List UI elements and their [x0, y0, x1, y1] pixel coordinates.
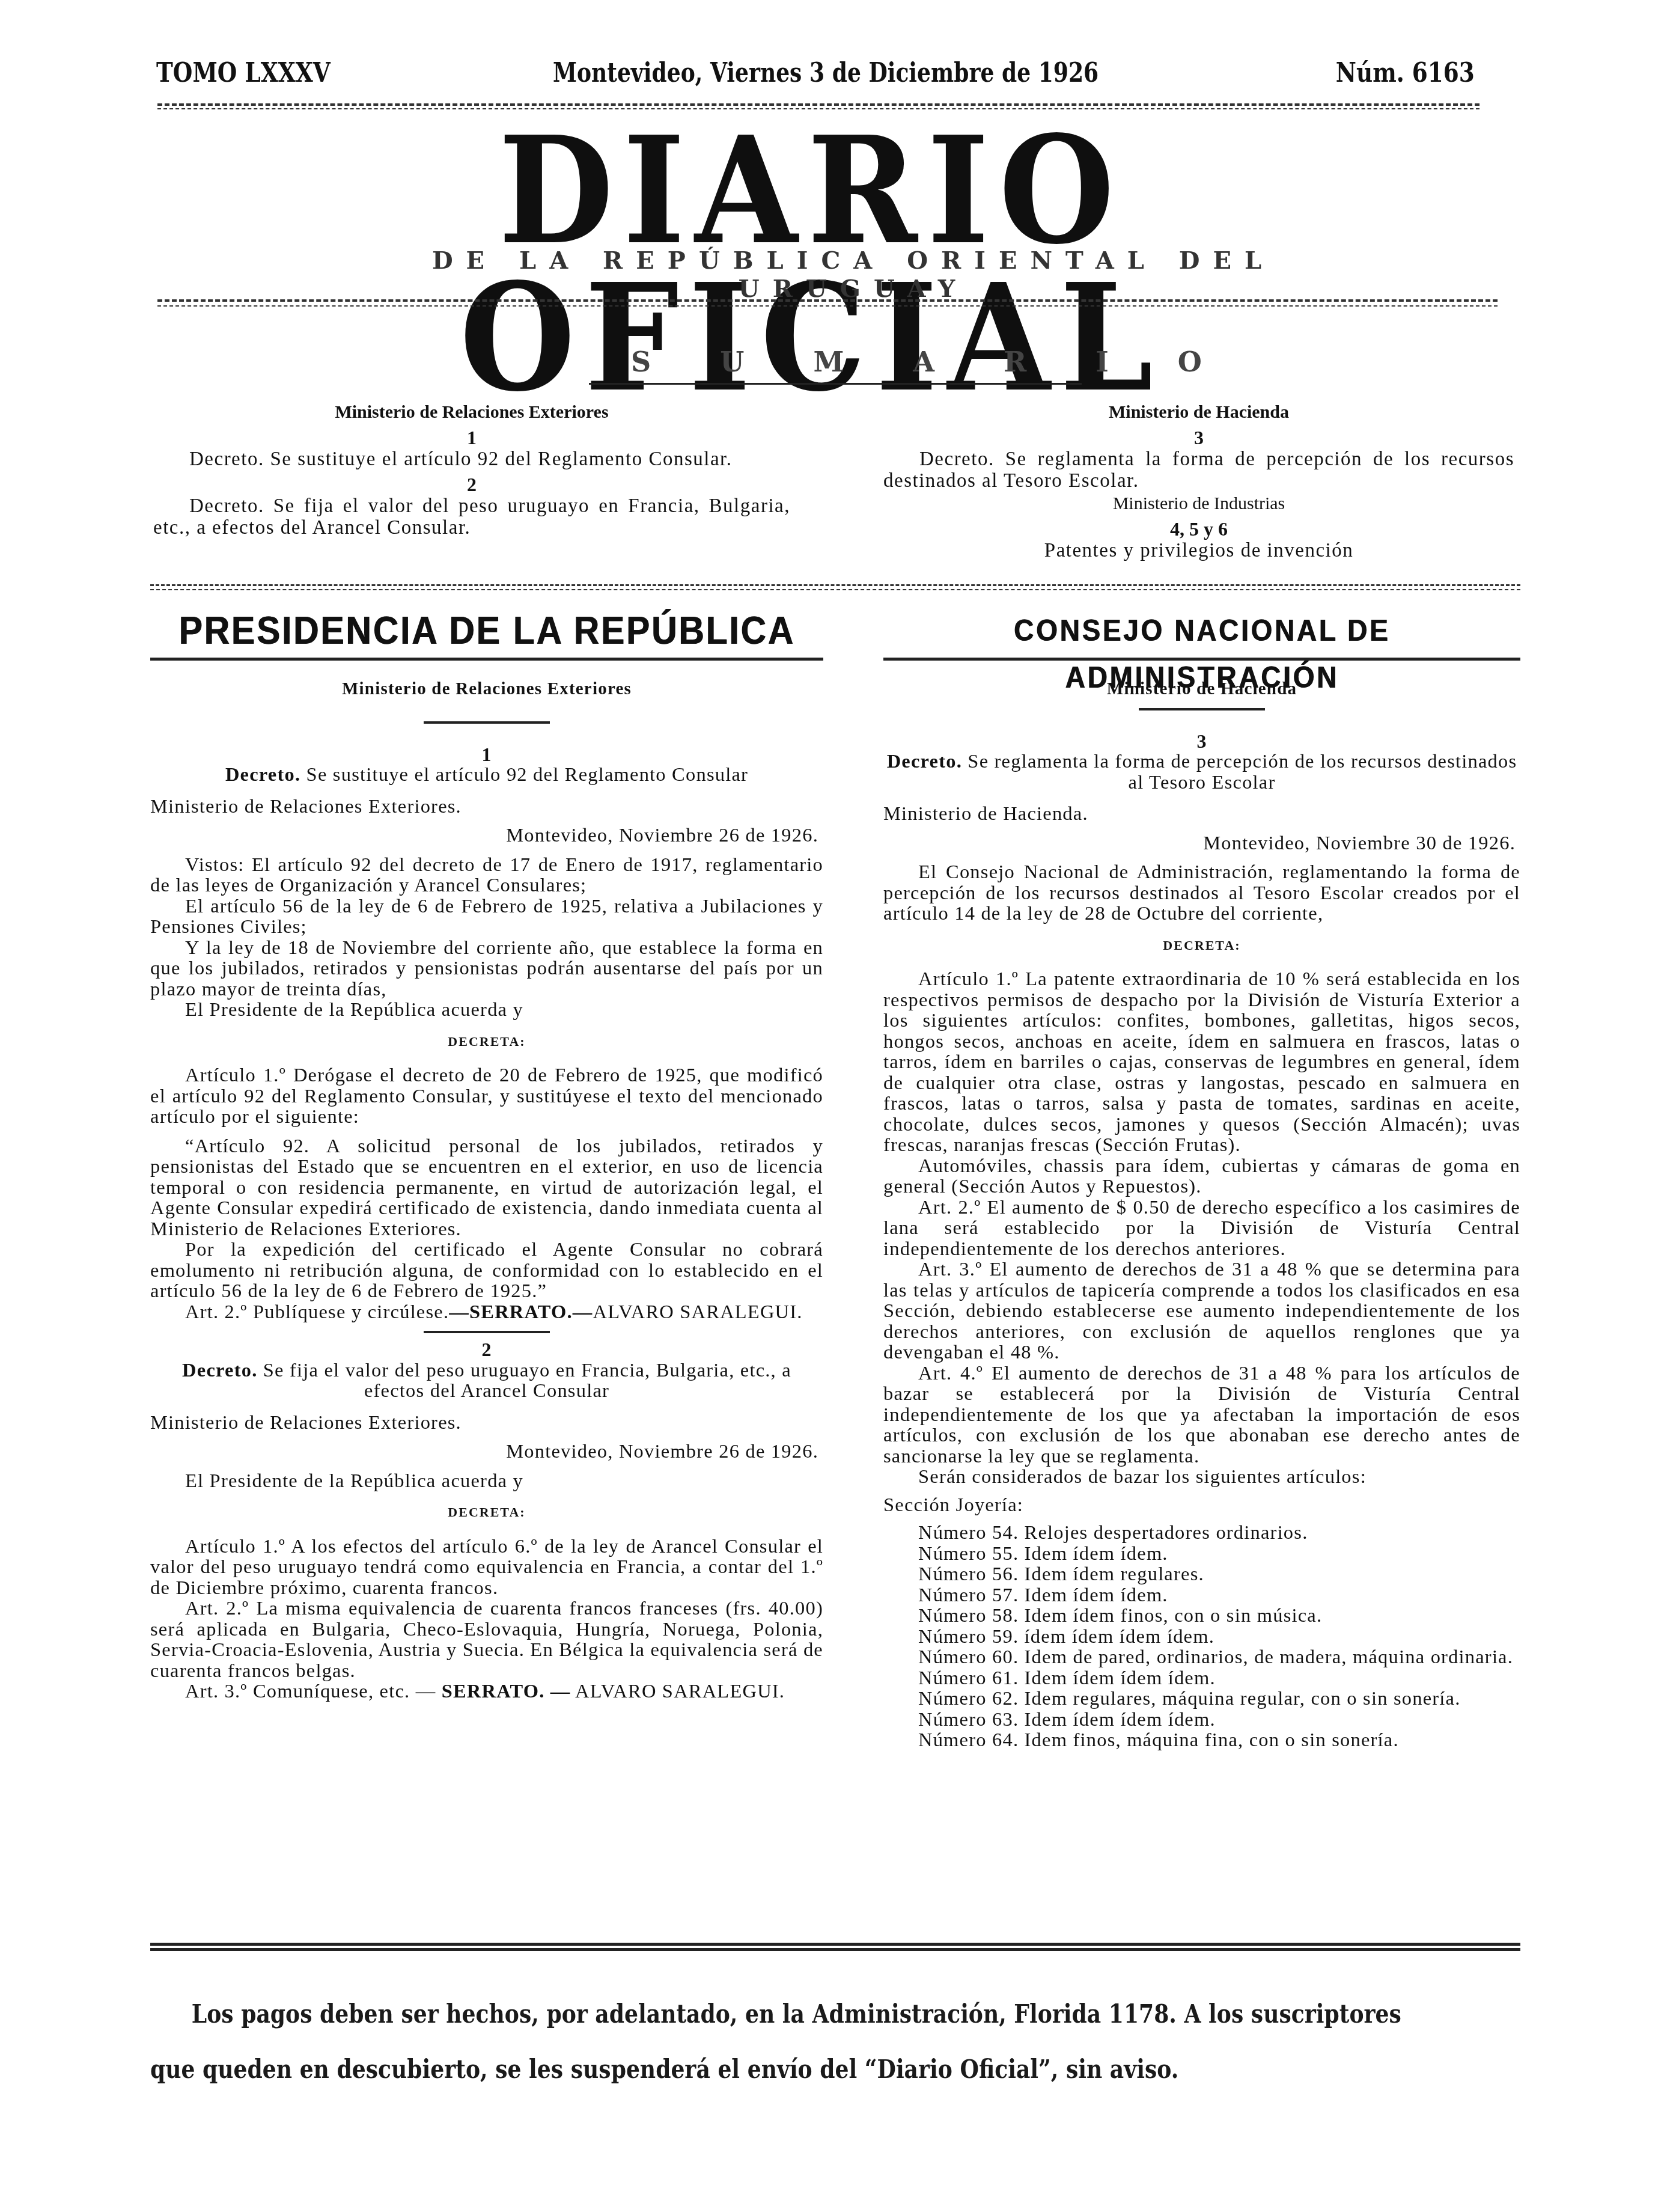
summary-item-text: Decreto. Se reglamenta la forma de perce… — [883, 448, 1514, 492]
paragraph: Vistos: El artículo 92 del decreto de 17… — [150, 855, 823, 896]
list-item: Número 57. Idem ídem ídem. — [883, 1585, 1520, 1606]
article: Art. 2.º La misma equivalencia de cuaren… — [150, 1598, 823, 1681]
summary-bottom-rule-2 — [150, 589, 1520, 590]
decree-title: Decreto. Se reglamenta la forma de perce… — [883, 751, 1520, 793]
summary-item-number: 1 — [153, 427, 790, 448]
article: Automóviles, chassis para ídem, cubierta… — [883, 1156, 1520, 1197]
article: Art. 2.º El aumento de $ 0.50 de derecho… — [883, 1197, 1520, 1260]
list-item: Número 60. Idem de pared, ordinarios, de… — [883, 1647, 1520, 1668]
decree-label: Decreto. — [887, 751, 962, 772]
decree-title: Decreto. Se sustituye el artículo 92 del… — [150, 765, 823, 786]
summary-underline — [589, 383, 1082, 385]
newspaper-subtitle: DE LA REPÚBLICA ORIENTAL DEL URUGUAY — [373, 246, 1334, 303]
article: Artículo 1.º A los efectos del artículo … — [150, 1536, 823, 1599]
article: Artículo 1.º Derógase el decreto de 20 d… — [150, 1065, 823, 1128]
notice-line-1: Los pagos deben ser hechos, por adelanta… — [150, 1987, 1329, 2042]
paragraph: El Presidente de la República acuerda y — [150, 1471, 823, 1492]
summary-item-number: 2 — [153, 474, 790, 495]
decree-number: 1 — [150, 744, 823, 765]
ministry-heading: Ministerio de Relaciones Exteriores — [150, 679, 823, 700]
summary-bottom-rule — [150, 584, 1520, 586]
short-rule — [1139, 708, 1265, 710]
signature-name: ALVARO SARALEGUI. — [571, 1681, 785, 1702]
decree-number: 3 — [883, 731, 1520, 752]
issue-date: Montevideo, Viernes 3 de Diciembre de 19… — [553, 58, 1099, 88]
list-item: Número 62. Idem regulares, máquina regul… — [883, 1688, 1520, 1709]
left-column: PRESIDENCIA DE LA REPÚBLICA Ministerio d… — [150, 607, 823, 1702]
decree-label: Decreto. — [182, 1360, 257, 1381]
list-item: Número 54. Relojes despertadores ordinar… — [883, 1523, 1520, 1544]
summary-item-text: Decreto. Se sustituye el artículo 92 del… — [153, 448, 790, 470]
summary-letter: I — [1096, 346, 1109, 378]
summary-letter: M — [813, 346, 844, 378]
summary-item-number: 3 — [883, 427, 1514, 448]
masthead-info-line: TOMO LXXXV Montevideo, Viernes 3 de Dici… — [156, 53, 1475, 95]
closing-article: Art. 3.º Comuníquese, etc. — SERRATO. — … — [150, 1681, 823, 1702]
closing-text: Art. 2.º Publíquese y circúlese. — [185, 1301, 449, 1323]
summary-item-text: Patentes y privilegios de invención — [883, 540, 1514, 561]
summary-letter: R — [1004, 346, 1026, 378]
list-item: Número 55. Idem ídem ídem. — [883, 1544, 1520, 1565]
summary-ministry: Ministerio de Relaciones Exteriores — [153, 402, 790, 423]
list-item: Número 58. Idem ídem finos, con o sin mú… — [883, 1606, 1520, 1627]
summary-letter: S — [631, 346, 651, 378]
subscription-notice: Los pagos deben ser hechos, por adelanta… — [150, 1987, 1520, 2097]
signature: —SERRATO.— — [449, 1301, 593, 1323]
list-item: Número 59. ídem ídem ídem ídem. — [883, 1627, 1520, 1648]
list-item: Número 64. Idem finos, máquina fina, con… — [883, 1730, 1520, 1751]
paragraph: El artículo 56 de la ley de 6 de Febrero… — [150, 896, 823, 938]
article: Artículo 1.º La patente extraordinaria d… — [883, 969, 1520, 1156]
paragraph: El Presidente de la República acuerda y — [150, 1000, 823, 1021]
summary-heading: S U M A R I O — [631, 346, 1202, 378]
decreta-label: DECRETA: — [150, 1502, 823, 1523]
issue-number: Núm. 6163 — [1336, 58, 1475, 88]
section-rule — [150, 658, 823, 661]
section-title: CONSEJO NACIONAL DE ADMINISTRACIÓN — [909, 607, 1495, 654]
decree-date: Montevideo, Noviembre 26 de 1926. — [150, 825, 823, 846]
summary-left: Ministerio de Relaciones Exteriores 1 De… — [153, 402, 790, 539]
decree-issuer: Ministerio de Relaciones Exteriores. — [150, 796, 823, 817]
article: Serán considerados de bazar los siguient… — [883, 1467, 1520, 1488]
summary-item-text: Decreto. Se fija el valor del peso urugu… — [153, 495, 790, 539]
article: Por la expedición del certificado el Age… — [150, 1239, 823, 1302]
decree-title-text: Se reglamenta la forma de percepción de … — [962, 751, 1517, 793]
signature-name: ALVARO SARALEGUI. — [593, 1301, 803, 1323]
summary-ministry: Ministerio de Hacienda — [883, 402, 1514, 423]
notice-line-2: que queden en descubierto, se les suspen… — [150, 2042, 1329, 2097]
decreta-label: DECRETA: — [883, 935, 1520, 956]
article: Art. 4.º El aumento de derechos de 31 a … — [883, 1363, 1520, 1467]
paragraph: Y la ley de 18 de Noviembre del corrient… — [150, 938, 823, 1000]
closing-article: Art. 2.º Publíquese y circúlese.—SERRATO… — [150, 1302, 823, 1323]
decree-title: Decreto. Se fija el valor del peso urugu… — [150, 1360, 823, 1402]
closing-text: Art. 3.º Comuníquese, etc. — — [185, 1681, 442, 1702]
decree-title-text: Se sustituye el artículo 92 del Reglamen… — [300, 764, 748, 786]
summary-right: Ministerio de Hacienda 3 Decreto. Se reg… — [883, 402, 1514, 561]
decree-issuer: Ministerio de Relaciones Exteriores. — [150, 1413, 823, 1434]
list-item: Número 56. Idem ídem regulares. — [883, 1564, 1520, 1585]
decree-number: 2 — [150, 1339, 823, 1360]
summary-letter: U — [720, 346, 744, 378]
article: Art. 3.º El aumento de derechos de 31 a … — [883, 1259, 1520, 1363]
short-rule — [424, 1331, 550, 1333]
decreta-label: DECRETA: — [150, 1031, 823, 1053]
decree-date: Montevideo, Noviembre 30 de 1926. — [883, 833, 1520, 854]
section-label: Sección Joyería: — [883, 1495, 1520, 1516]
right-column: CONSEJO NACIONAL DE ADMINISTRACIÓN Minis… — [883, 607, 1520, 1751]
summary-item-number: 4, 5 y 6 — [883, 518, 1514, 540]
list-item: Número 61. Idem ídem ídem ídem. — [883, 1668, 1520, 1689]
decree-title-text: Se fija el valor del peso uruguayo en Fr… — [257, 1360, 791, 1402]
decree-issuer: Ministerio de Hacienda. — [883, 804, 1520, 825]
masthead-bottom-rule — [157, 299, 1498, 302]
volume-number: TOMO LXXXV — [156, 58, 331, 88]
summary-ministry: Ministerio de Industrias — [883, 493, 1514, 515]
masthead-bottom-rule-2 — [157, 305, 1498, 307]
decree-date: Montevideo, Noviembre 26 de 1926. — [150, 1441, 823, 1462]
summary-letter: A — [913, 346, 934, 378]
short-rule — [424, 721, 550, 724]
summary-letter: O — [1178, 346, 1202, 378]
signature: SERRATO. — — [442, 1681, 571, 1702]
footer-rule — [150, 1943, 1520, 1951]
newspaper-page: TOMO LXXXV Montevideo, Viernes 3 de Dici… — [0, 0, 1673, 2212]
paragraph: El Consejo Nacional de Administración, r… — [883, 862, 1520, 924]
article: “Artículo 92. A solicitud personal de lo… — [150, 1136, 823, 1240]
list-item: Número 63. Idem ídem ídem ídem. — [883, 1709, 1520, 1731]
decree-label: Decreto. — [225, 764, 300, 786]
section-title: PRESIDENCIA DE LA REPÚBLICA — [177, 607, 796, 654]
